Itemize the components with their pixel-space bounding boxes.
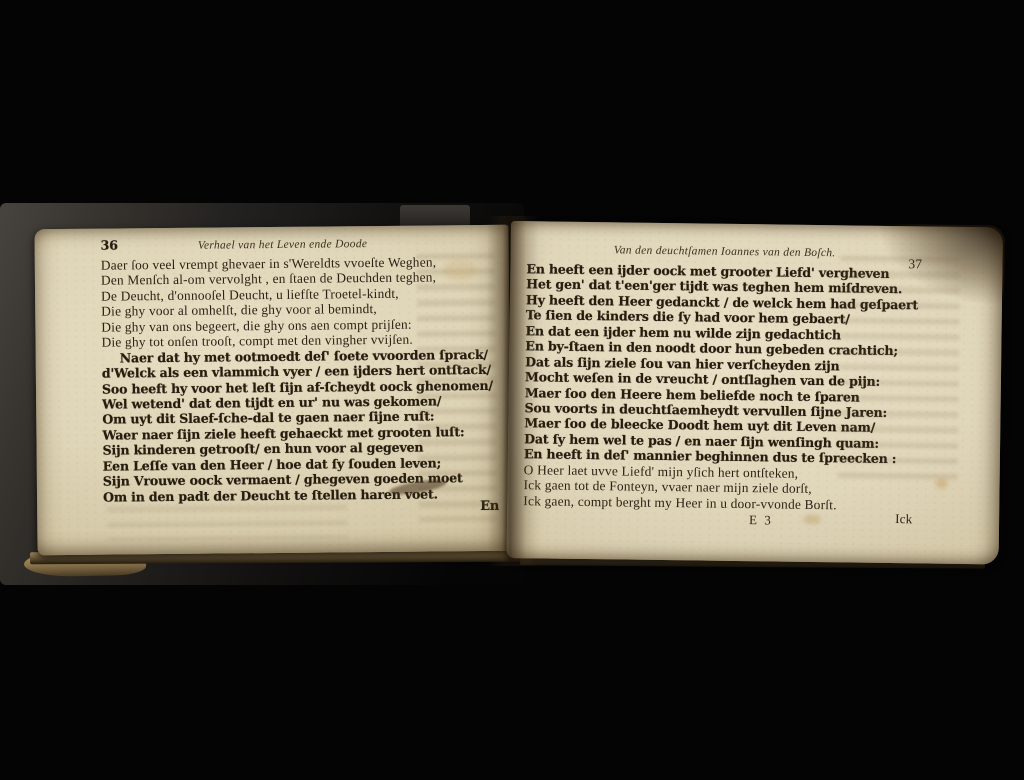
verse-text-block: Daer ſoo veel vrempt ghevaer in s'Wereld… — [101, 254, 494, 505]
book-page-right: Van den deuchtſamen Ioannes van den Boſc… — [507, 221, 1003, 564]
showthrough-text-ghost — [107, 504, 347, 540]
foxing-spot — [936, 479, 948, 489]
scan-background: 36 Verhael van het Leven ende Doode Daer… — [0, 0, 1024, 780]
book-page-left: 36 Verhael van het Leven ende Doode Daer… — [34, 225, 511, 556]
running-header: Verhael van het Leven ende Doode — [95, 237, 471, 253]
running-header: Van den deuchtſamen Ioannes van den Boſc… — [525, 243, 925, 260]
foxing-spot — [803, 515, 821, 524]
signature-mark: E 3 — [749, 512, 773, 528]
catchword: Ick — [895, 511, 912, 527]
verse-line: Om in den padt der Deucht te ſtellen har… — [103, 485, 494, 504]
catchword: En — [480, 499, 499, 514]
verse-text-block: En heeft een ijder oock met grooter Lief… — [523, 261, 918, 513]
